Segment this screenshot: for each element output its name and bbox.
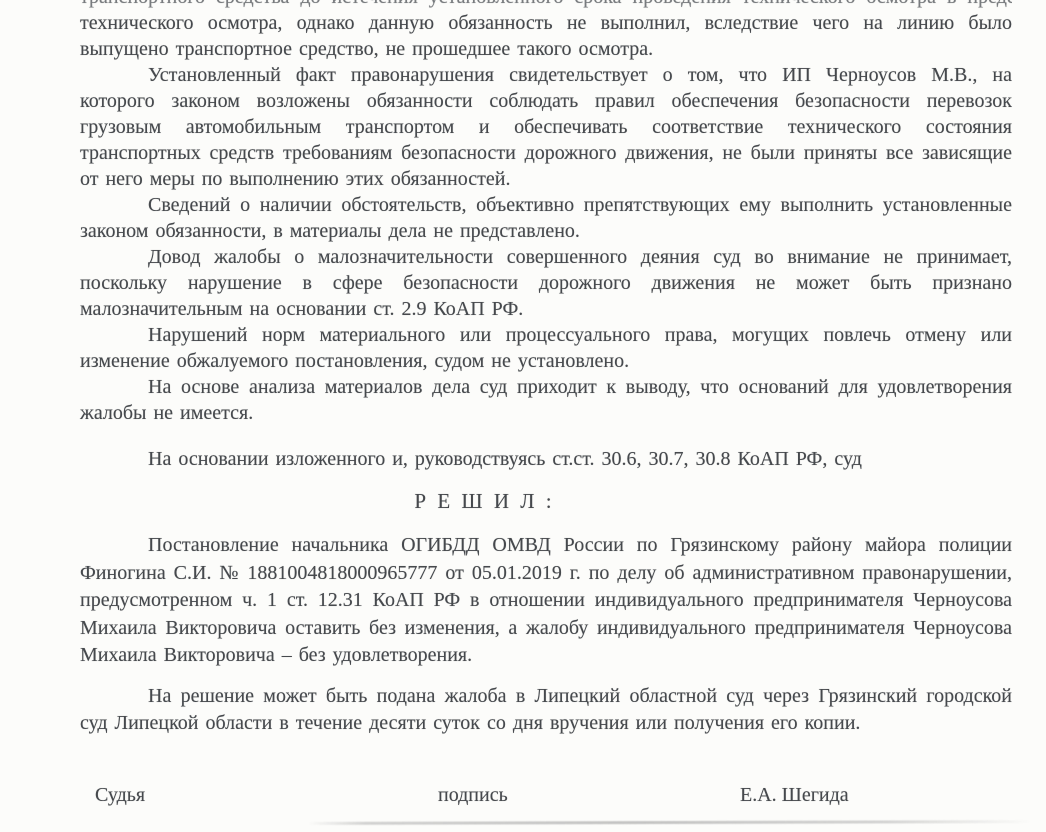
body-paragraph: Довод жалобы о малозначительности соверш… bbox=[80, 244, 1012, 322]
clipped-top-line: транспортного средства до истечения уста… bbox=[80, 0, 1012, 10]
ruling-heading: Р Е Ш И Л : bbox=[18, 488, 950, 514]
body-paragraph: На основе анализа материалов дела суд пр… bbox=[80, 374, 1012, 426]
document-page: транспортного средства до истечения уста… bbox=[0, 0, 1046, 832]
signature-name: Е.А. Шегида bbox=[740, 782, 849, 808]
ruling-paragraph: На решение может быть подана жалоба в Ли… bbox=[80, 683, 1012, 738]
signature-row: Судья подпись Е.А. Шегида bbox=[0, 782, 1046, 810]
signature-placeholder: подпись bbox=[438, 782, 508, 808]
body-paragraph: технического осмотра, однако данную обяз… bbox=[80, 10, 1012, 62]
document-body: технического осмотра, однако данную обяз… bbox=[80, 10, 1012, 738]
ruling-paragraph: Постановление начальника ОГИБДД ОМВД Рос… bbox=[80, 532, 1012, 670]
scan-artifact-line bbox=[308, 820, 1032, 825]
ruling-intro: На основании изложенного и, руководствуя… bbox=[80, 446, 1012, 472]
signature-role-label: Судья bbox=[95, 782, 145, 808]
body-paragraph: Нарушений норм материального или процесс… bbox=[80, 322, 1012, 374]
body-paragraph: Сведений о наличии обстоятельств, объект… bbox=[80, 192, 1012, 244]
body-paragraph: Установленный факт правонарушения свидет… bbox=[80, 62, 1012, 192]
